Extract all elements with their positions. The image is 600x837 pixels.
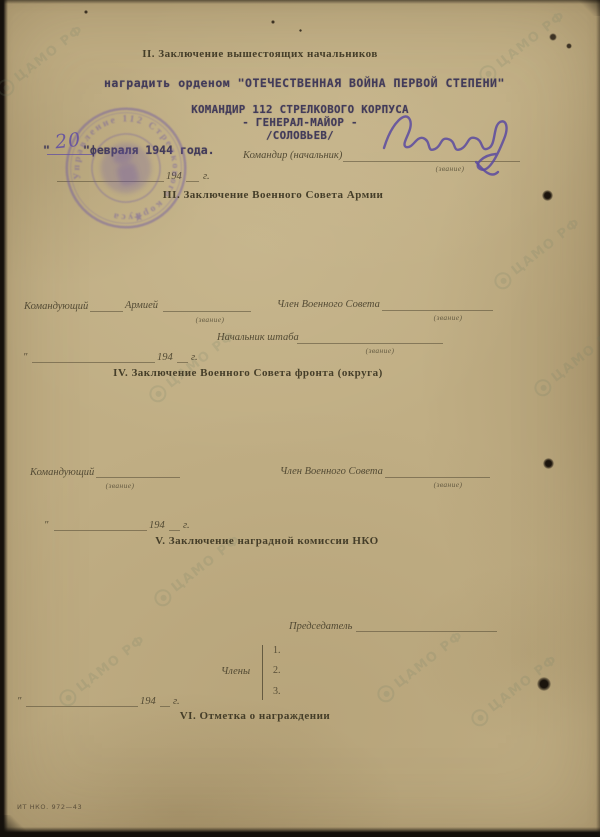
- camo-logo-icon: [0, 76, 18, 100]
- section3-year-blank: [177, 362, 188, 363]
- ink-speck: [84, 10, 88, 14]
- section3-heading: III. Заключение Военного Совета Армии: [73, 189, 473, 201]
- camo-logo-icon: [531, 376, 555, 400]
- watermark-text: ЦАМО РФ: [509, 215, 584, 278]
- scan-corner-bottom-left: [0, 815, 26, 837]
- rank-note: (звание): [416, 480, 480, 489]
- ink-speck: [299, 29, 302, 32]
- section2-year-suffix: г.: [203, 171, 210, 182]
- watermark-text: ЦАМО РФ: [549, 322, 600, 385]
- section6-heading: VI. Отметка о награждении: [55, 710, 455, 722]
- section3-year-suffix: г.: [191, 352, 198, 363]
- camo-logo-icon: [491, 269, 515, 293]
- ink-speck: [271, 20, 275, 24]
- section4-commanding-line: [96, 477, 180, 478]
- rank-note: (звание): [180, 315, 240, 324]
- section5-heading: V. Заключение наградной комиссии НКО: [67, 535, 467, 547]
- section5-members-label: Члены: [221, 666, 250, 677]
- watermark-text: ЦАМО РФ: [74, 632, 149, 695]
- section3-commanding-label: Командующий: [24, 301, 88, 312]
- camo-watermark: ЦАМО РФ: [56, 631, 150, 709]
- section2-heading: II. Заключение вышестоящих начальников: [60, 48, 460, 60]
- section4-commanding-label: Командующий: [30, 467, 94, 478]
- section3-date-quote: ": [23, 352, 27, 363]
- section4-year-prefix: 194: [149, 520, 165, 531]
- section5-chairman-label: Председатель: [289, 621, 352, 632]
- section5-date-line: [26, 706, 138, 707]
- section3-commanding-line: [163, 311, 251, 312]
- section3-date-line: [32, 362, 155, 363]
- section5-chairman-line: [356, 631, 497, 632]
- camo-watermark: ЦАМО РФ: [468, 651, 562, 729]
- punch-hole: [537, 677, 551, 691]
- ink-speck: [566, 43, 572, 49]
- scan-edge-left: [0, 0, 8, 837]
- camo-watermark: ЦАМО РФ: [374, 627, 468, 705]
- camo-logo-icon: [374, 682, 398, 706]
- camo-watermark: ЦАМО РФ: [491, 214, 585, 292]
- camo-watermark: ЦАМО РФ: [0, 21, 88, 99]
- punch-hole: [542, 190, 553, 201]
- section4-member-label: Член Военного Совета: [280, 466, 383, 477]
- rank-note: (звание): [416, 313, 480, 322]
- watermark-text: ЦАМО РФ: [494, 8, 569, 71]
- section5-member-2: 2.: [273, 665, 281, 676]
- section5-year-blank: [160, 706, 170, 707]
- camo-logo-icon: [468, 706, 492, 730]
- section4-year-blank: [169, 530, 180, 531]
- section3-army-label: Армией: [125, 300, 158, 311]
- scan-corner-top-right: [578, 0, 600, 16]
- scan-edge-bottom: [0, 827, 600, 837]
- section3-chief-label: Начальник штаба: [217, 332, 299, 343]
- section5-members-bracket: [262, 645, 263, 700]
- ink-speck: [549, 33, 557, 41]
- punch-hole: [543, 458, 554, 469]
- section4-year-suffix: г.: [183, 520, 190, 531]
- section4-heading: IV. Заключение Военного Совета фронта (о…: [48, 367, 448, 379]
- scan-edge-top: [0, 0, 600, 4]
- section5-year-suffix: г.: [173, 696, 180, 707]
- section5-year-prefix: 194: [140, 696, 156, 707]
- section3-chief-line: [297, 343, 443, 344]
- rank-note: (звание): [90, 481, 150, 490]
- camo-watermark: ЦАМО РФ: [476, 7, 570, 85]
- section4-date-quote: ": [44, 520, 48, 531]
- watermark-text: ЦАМО РФ: [392, 628, 467, 691]
- rank-note: (звание): [348, 346, 412, 355]
- camo-logo-icon: [151, 586, 175, 610]
- section3-year-prefix: 194: [157, 352, 173, 363]
- section4-date-line: [54, 530, 147, 531]
- section3-army-blank: [90, 311, 123, 312]
- section5-date-quote: ": [17, 696, 21, 707]
- scanned-award-document-page: { "shared": { "zvanie": "(звание)", "yea…: [0, 0, 600, 837]
- section3-member-line: [382, 310, 493, 311]
- section3-member-label: Член Военного Совета: [277, 299, 380, 310]
- print-shop-mark: ИТ НКО. 972—43: [17, 803, 82, 811]
- section5-member-1: 1.: [273, 645, 281, 656]
- commander-label: Командир (начальник): [243, 150, 342, 161]
- scan-edge-right: [596, 0, 600, 837]
- signature-autograph: [372, 96, 544, 188]
- camo-logo-icon: [146, 382, 170, 406]
- section4-member-line: [385, 477, 490, 478]
- section5-member-3: 3.: [273, 686, 281, 697]
- camo-watermark: ЦАМО РФ: [531, 321, 600, 399]
